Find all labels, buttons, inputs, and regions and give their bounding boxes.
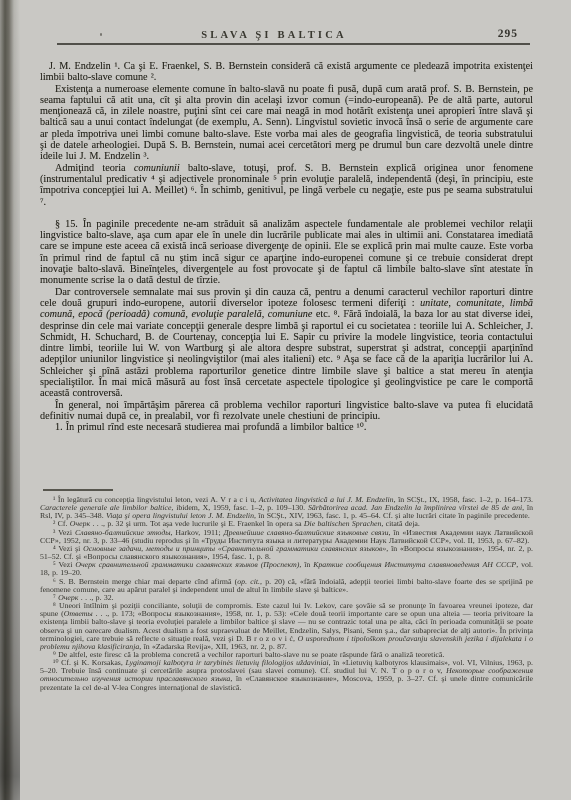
header-rule <box>57 43 530 45</box>
footnote: ⁴ Vezi şi Основные задачи, методы и прин… <box>40 545 533 561</box>
page-body: J. M. Endzelin ¹. Ca şi E. Fraenkel, S. … <box>40 61 533 434</box>
page-number: 295 <box>498 28 518 40</box>
footnote: ³ Vezi Славяно-балтийские этюды, Harkov,… <box>40 529 533 545</box>
footnote: ⁵ Vezi Очерк сравнительной грамматики сл… <box>40 561 533 577</box>
running-title: SLAVA ŞI BALTICA <box>37 30 511 41</box>
page-binding-shadow <box>0 0 20 800</box>
paragraph: J. M. Endzelin ¹. Ca şi E. Fraenkel, S. … <box>40 61 533 84</box>
footnote: ⁸ Uneori întîlnim şi poziţii conciliante… <box>40 602 533 651</box>
footnotes-block: ¹ În legătură cu concepţia lingvistului … <box>40 496 533 692</box>
paragraph: Dar controversele semnalate mai sus prov… <box>40 287 533 400</box>
paragraph: În general, noi împărtăşim părerea că pr… <box>40 400 533 423</box>
footnote: ¹⁰ Cf. şi K. Korsakas, Lyginamoji kalbot… <box>40 659 533 692</box>
paragraph: 1. În primul rînd este necesară studiere… <box>40 422 533 433</box>
footnote: ¹ În legătură cu concepţia lingvistului … <box>40 496 533 520</box>
footnote: ⁶ S. B. Bernstein merge chiar mai depart… <box>40 578 533 594</box>
scanned-book-page: SLAVA ŞI BALTICA 295 J. M. Endzelin ¹. C… <box>0 0 571 800</box>
footnote-separator-rule <box>43 489 113 491</box>
paragraph: Admiţind teoria comuniunii balto-slave, … <box>40 163 533 208</box>
paragraph-section-15: § 15. În paginile precedente ne-am străd… <box>40 219 533 287</box>
page-header: SLAVA ŞI BALTICA 295 <box>57 27 531 45</box>
paragraph: Existenţa a numeroase elemente comune în… <box>40 84 533 163</box>
